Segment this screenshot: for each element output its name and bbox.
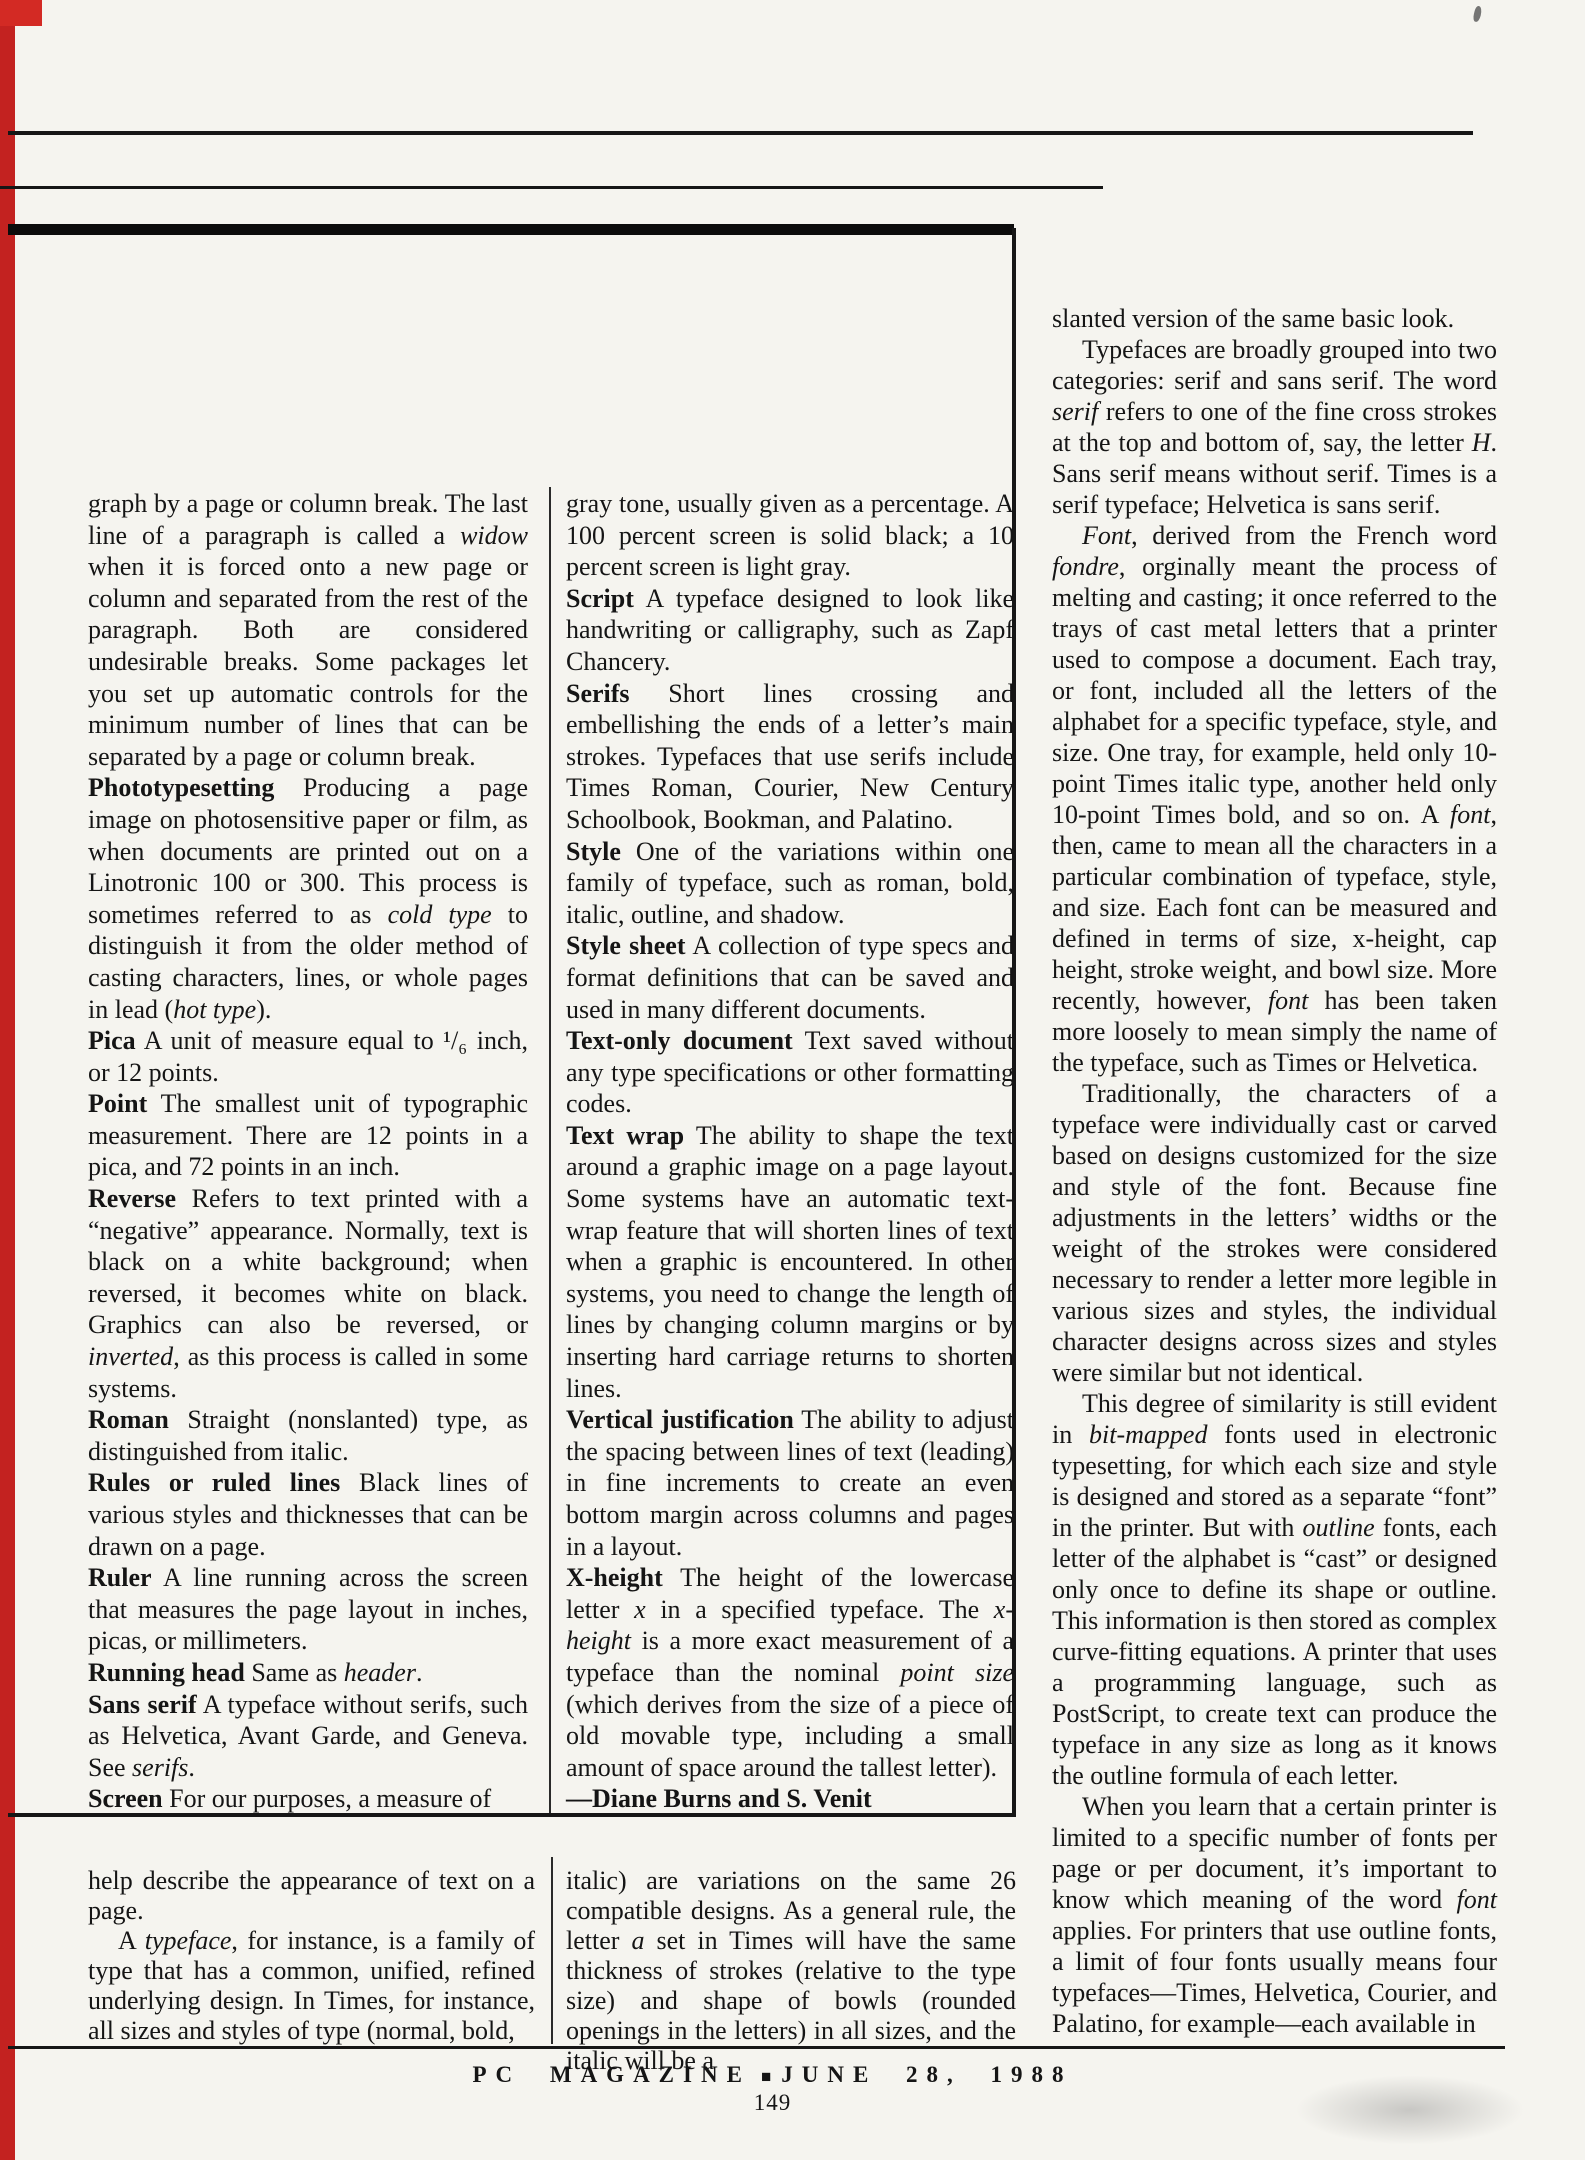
glossary-entry: Reverse Refers to text printed with a “n… [88,1183,528,1404]
glossary-column-2: gray tone, usually given as a percentage… [566,488,1014,1815]
glossary-term: Text-only document [566,1026,793,1055]
glossary-entry: Style sheet A collection of type specs a… [566,930,1014,1025]
paragraph: Font, derived from the French word fondr… [1052,520,1497,1078]
paragraph: A typeface, for instance, is a family of… [88,1926,535,2046]
glossary-entry: Text wrap The ability to shape the text … [566,1120,1014,1404]
bottom-middle-column: italic) are variations on the same 26 co… [566,1866,1016,2076]
scan-speck [1472,5,1483,22]
page-footer: PC MAGAZINE■JUNE 28, 1988 149 [40,2062,1505,2116]
paragraph: graph by a page or column break. The las… [88,488,528,772]
glossary-term: Style sheet [566,931,686,960]
glossary-entry: Pica A unit of measure equal to ¹/₆ inch… [88,1025,528,1088]
bottom-column-divider [551,1857,553,2044]
glossary-box-top-bar [8,224,1014,235]
glossary-column-divider [549,487,551,1813]
footer-magazine-name: PC MAGAZINE [472,2062,750,2087]
glossary-term: X-height [566,1563,663,1592]
glossary-term: Phototypesetting [88,773,274,802]
glossary-entry: X-height The height of the lowercase let… [566,1562,1014,1783]
top-rule-2 [0,186,1103,189]
glossary-entry: Phototypesetting Producing a page image … [88,772,528,1025]
footer-bullet-icon: ■ [751,2067,781,2086]
scan-corner-red-mark [0,0,42,26]
glossary-term: Serifs [566,679,630,708]
paragraph: This degree of similarity is still evide… [1052,1388,1497,1791]
glossary-entry: Ruler A line running across the screen t… [88,1562,528,1657]
top-rule-1 [8,131,1473,135]
paragraph: —Diane Burns and S. Venit [566,1783,1014,1815]
footer-magazine-line: PC MAGAZINE■JUNE 28, 1988 [40,2062,1505,2088]
glossary-entry: Script A typeface designed to look like … [566,583,1014,678]
glossary-entry: Point The smallest unit of typographic m… [88,1088,528,1183]
glossary-entry: Vertical justification The ability to ad… [566,1404,1014,1562]
glossary-term: Sans serif [88,1690,197,1719]
glossary-entry: Screen For our purposes, a measure of [88,1783,528,1815]
paragraph: help describe the appearance of text on … [88,1866,535,1926]
glossary-term: Running head [88,1658,245,1687]
glossary-term: Point [88,1089,147,1118]
glossary-term: Text wrap [566,1121,684,1150]
glossary-column-1: graph by a page or column break. The las… [88,488,528,1815]
glossary-term: Vertical justification [566,1405,794,1434]
glossary-term: Style [566,837,621,866]
glossary-entry: Serifs Short lines crossing and embellis… [566,678,1014,836]
article-column: slanted version of the same basic look.T… [1052,303,1497,2039]
bottom-left-column: help describe the appearance of text on … [88,1866,535,2046]
glossary-term: Roman [88,1405,169,1434]
paragraph: slanted version of the same basic look. [1052,303,1497,334]
glossary-entry: Style One of the variations within one f… [566,836,1014,931]
paragraph: Typefaces are broadly grouped into two c… [1052,334,1497,520]
glossary-entry: Sans serif A typeface without serifs, su… [88,1689,528,1784]
glossary-term: Ruler [88,1563,152,1592]
glossary-term: Script [566,584,634,613]
footer-date: JUNE 28, 1988 [781,2062,1072,2087]
paragraph: Traditionally, the characters of a typef… [1052,1078,1497,1388]
glossary-entry: Text-only document Text saved without an… [566,1025,1014,1120]
glossary-term: Pica [88,1026,136,1055]
page-number: 149 [40,2090,1505,2116]
paragraph: When you learn that a certain printer is… [1052,1791,1497,2039]
glossary-term: Screen [88,1784,163,1813]
glossary-entry: Roman Straight (nonslanted) type, as dis… [88,1404,528,1467]
glossary-entry: Rules or ruled lines Black lines of vari… [88,1467,528,1562]
scan-edge-red-strip [0,0,15,2160]
glossary-entry: Running head Same as header. [88,1657,528,1689]
glossary-term: Rules or ruled lines [88,1468,340,1497]
paragraph: gray tone, usually given as a percentage… [566,488,1014,583]
glossary-term: Reverse [88,1184,176,1213]
paragraph: italic) are variations on the same 26 co… [566,1866,1016,2076]
